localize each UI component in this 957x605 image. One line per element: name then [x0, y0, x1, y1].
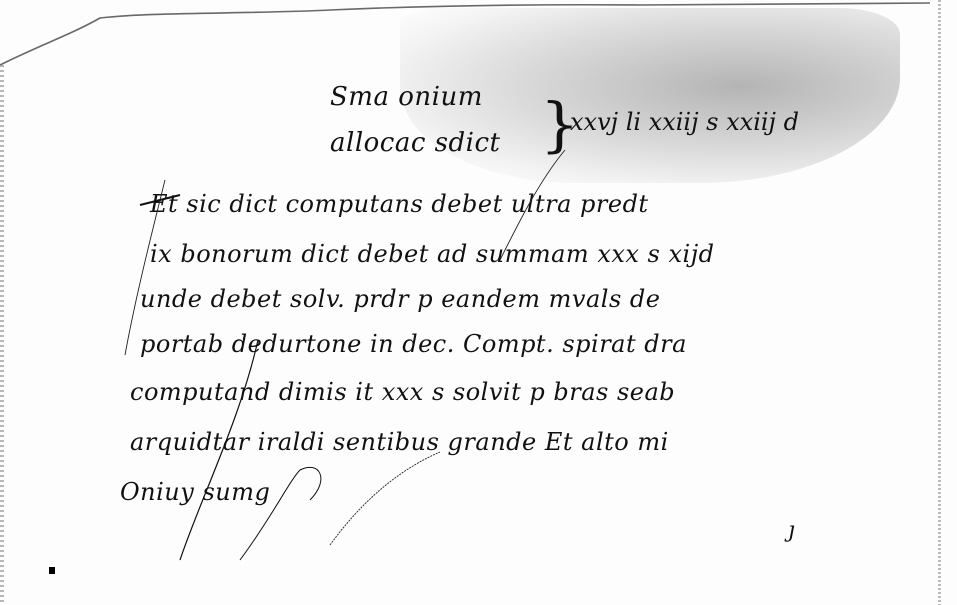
right-page-edge	[938, 0, 941, 605]
text-line-1: Et sic dict computans debet ultra predt	[150, 190, 649, 218]
margin-note-line-2: allocac sdict	[330, 128, 501, 158]
text-line-2: ix bonorum dict debet ad summam xxx s xi…	[150, 240, 715, 268]
margin-amount: xxvj li xxiij s xxiij d	[570, 108, 799, 136]
margin-note-line-1: Sma onium	[330, 82, 483, 112]
text-line-5: computand dimis it xxx s solvit p bras s…	[130, 378, 675, 406]
stray-mark: ȷ	[788, 518, 795, 543]
text-line-4: portab dedurtone in dec. Compt. spirat d…	[140, 330, 687, 358]
manuscript-page: Sma onium allocac sdict } xxvj li xxiij …	[0, 0, 957, 605]
text-line-6: arquidtar iraldi sentibus grande Et alto…	[130, 428, 669, 456]
text-line-7: Oniuy sumg	[120, 478, 270, 506]
ink-dot	[49, 567, 55, 574]
text-line-3: unde debet solv. prdr p eandem mvals de	[140, 285, 660, 313]
left-edge	[0, 65, 4, 605]
